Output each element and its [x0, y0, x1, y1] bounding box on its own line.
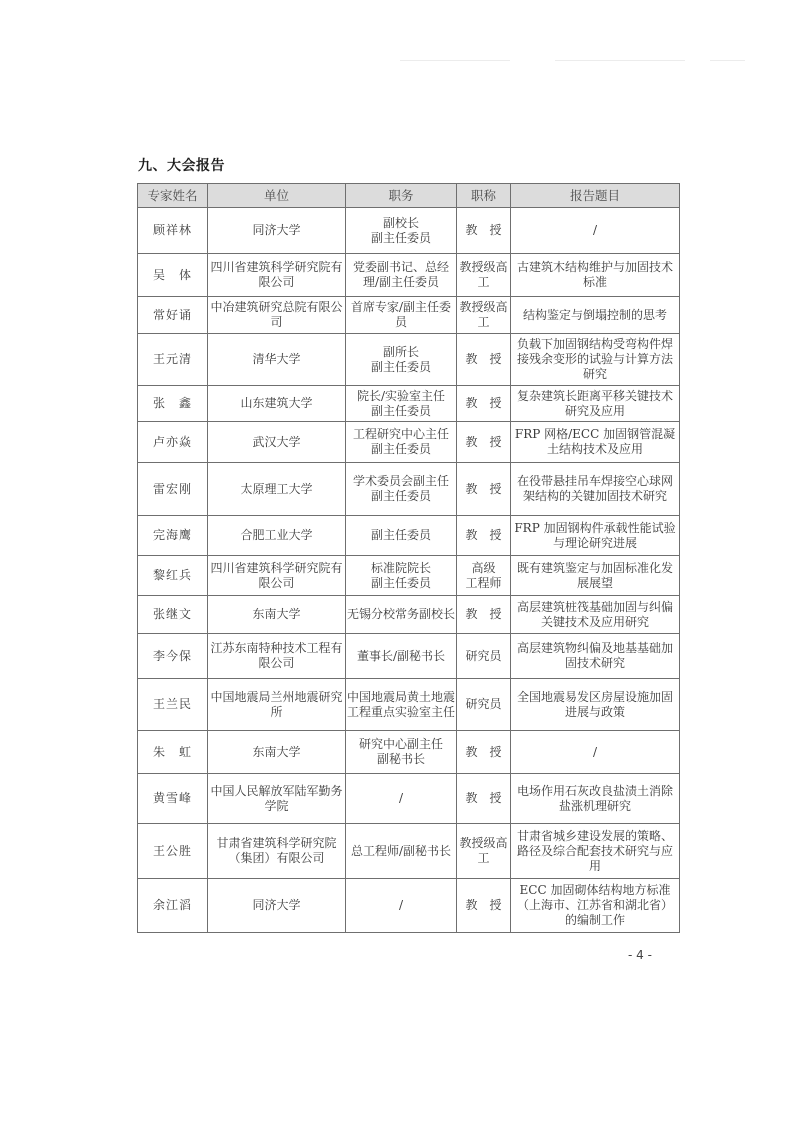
- unit-cell: 四川省建筑科学研究院有限公司: [208, 254, 346, 297]
- professional-title-cell: 教 授: [457, 596, 511, 634]
- position-cell: 标准院院长副主任委员: [346, 556, 457, 596]
- table-row: 李今保江苏东南特种技术工程有限公司董事长/副秘书长研究员高层建筑物纠偏及地基基础…: [138, 634, 680, 679]
- professional-title-cell: 研究员: [457, 679, 511, 731]
- professional-title-cell: 研究员: [457, 634, 511, 679]
- table-header-row: 专家姓名 单位 职务 职称 报告题目: [138, 184, 680, 208]
- expert-name-cell: 朱 虹: [138, 731, 208, 774]
- header-title: 职称: [457, 184, 511, 208]
- table-row: 吴 体四川省建筑科学研究院有限公司党委副书记、总经理/副主任委员教授级高工古建筑…: [138, 254, 680, 297]
- report-topic-cell: 全国地震易发区房屋设施加固进展与政策: [511, 679, 680, 731]
- expert-name-cell: 王兰民: [138, 679, 208, 731]
- unit-cell: 合肥工业大学: [208, 516, 346, 556]
- expert-name-cell: 常好诵: [138, 297, 208, 334]
- table-row: 王兰民中国地震局兰州地震研究所中国地震局黄土地震工程重点实验室主任研究员全国地震…: [138, 679, 680, 731]
- expert-name-cell: 张 鑫: [138, 386, 208, 422]
- expert-name-cell: 王元清: [138, 334, 208, 386]
- report-topic-cell: 高层建筑桩筏基础加固与纠偏关键技术及应用研究: [511, 596, 680, 634]
- table-row: 雷宏刚太原理工大学学术委员会副主任副主任委员教 授在役带悬挂吊车焊接空心球网架结…: [138, 463, 680, 516]
- professional-title-cell: 教 授: [457, 731, 511, 774]
- table-row: 朱 虹东南大学研究中心副主任副秘书长教 授/: [138, 731, 680, 774]
- table-row: 黎红兵四川省建筑科学研究院有限公司标准院院长副主任委员高级工程师既有建筑鉴定与加…: [138, 556, 680, 596]
- professional-title-cell: 教 授: [457, 774, 511, 824]
- unit-cell: 同济大学: [208, 208, 346, 254]
- position-cell: /: [346, 879, 457, 933]
- keynote-report-table: 专家姓名 单位 职务 职称 报告题目 顾祥林同济大学副校长副主任委员教 授/吴 …: [137, 183, 680, 933]
- table-row: 张 鑫山东建筑大学院长/实验室主任副主任委员教 授复杂建筑长距离平移关键技术研究…: [138, 386, 680, 422]
- report-topic-cell: 电场作用石灰改良盐渍土消除盐涨机理研究: [511, 774, 680, 824]
- position-cell: 中国地震局黄土地震工程重点实验室主任: [346, 679, 457, 731]
- table-row: 常好诵中冶建筑研究总院有限公司首席专家/副主任委员教授级高工结构鉴定与倒塌控制的…: [138, 297, 680, 334]
- expert-name-cell: 张继文: [138, 596, 208, 634]
- position-cell: 董事长/副秘书长: [346, 634, 457, 679]
- position-cell: 总工程师/副秘书长: [346, 824, 457, 879]
- expert-name-cell: 王公胜: [138, 824, 208, 879]
- position-cell: 院长/实验室主任副主任委员: [346, 386, 457, 422]
- professional-title-cell: 教 授: [457, 386, 511, 422]
- unit-cell: 东南大学: [208, 596, 346, 634]
- expert-name-cell: 吴 体: [138, 254, 208, 297]
- professional-title-cell: 教 授: [457, 334, 511, 386]
- unit-cell: 四川省建筑科学研究院有限公司: [208, 556, 346, 596]
- position-cell: 研究中心副主任副秘书长: [346, 731, 457, 774]
- header-unit: 单位: [208, 184, 346, 208]
- professional-title-cell: 教 授: [457, 516, 511, 556]
- expert-name-cell: 黄雪峰: [138, 774, 208, 824]
- unit-cell: 武汉大学: [208, 422, 346, 463]
- unit-cell: 甘肃省建筑科学研究院（集团）有限公司: [208, 824, 346, 879]
- professional-title-cell: 教授级高工: [457, 297, 511, 334]
- table-row: 王公胜甘肃省建筑科学研究院（集团）有限公司总工程师/副秘书长教授级高工甘肃省城乡…: [138, 824, 680, 879]
- header-position: 职务: [346, 184, 457, 208]
- unit-cell: 同济大学: [208, 879, 346, 933]
- table-body: 顾祥林同济大学副校长副主任委员教 授/吴 体四川省建筑科学研究院有限公司党委副书…: [138, 208, 680, 933]
- position-cell: /: [346, 774, 457, 824]
- report-topic-cell: FRP 加固钢构件承载性能试验与理论研究进展: [511, 516, 680, 556]
- report-topic-cell: ECC 加固砌体结构地方标准（上海市、江苏省和湖北省）的编制工作: [511, 879, 680, 933]
- report-topic-cell: 既有建筑鉴定与加固标准化发展展望: [511, 556, 680, 596]
- position-cell: 学术委员会副主任副主任委员: [346, 463, 457, 516]
- position-cell: 工程研究中心主任副主任委员: [346, 422, 457, 463]
- report-topic-cell: 复杂建筑长距离平移关键技术研究及应用: [511, 386, 680, 422]
- table-row: 顾祥林同济大学副校长副主任委员教 授/: [138, 208, 680, 254]
- report-topic-cell: 甘肃省城乡建设发展的策略、路径及综合配套技术研究与应用: [511, 824, 680, 879]
- expert-name-cell: 雷宏刚: [138, 463, 208, 516]
- scan-artifact-line: [400, 60, 510, 61]
- report-topic-cell: 在役带悬挂吊车焊接空心球网架结构的关键加固技术研究: [511, 463, 680, 516]
- position-cell: 副所长副主任委员: [346, 334, 457, 386]
- unit-cell: 中冶建筑研究总院有限公司: [208, 297, 346, 334]
- professional-title-cell: 教 授: [457, 422, 511, 463]
- expert-name-cell: 黎红兵: [138, 556, 208, 596]
- professional-title-cell: 高级工程师: [457, 556, 511, 596]
- report-topic-cell: 结构鉴定与倒塌控制的思考: [511, 297, 680, 334]
- scan-artifact-line: [710, 60, 745, 61]
- expert-name-cell: 卢亦焱: [138, 422, 208, 463]
- unit-cell: 江苏东南特种技术工程有限公司: [208, 634, 346, 679]
- professional-title-cell: 教授级高工: [457, 824, 511, 879]
- table-row: 张继文东南大学无锡分校常务副校长教 授高层建筑桩筏基础加固与纠偏关键技术及应用研…: [138, 596, 680, 634]
- position-cell: 首席专家/副主任委员: [346, 297, 457, 334]
- header-expert-name: 专家姓名: [138, 184, 208, 208]
- report-topic-cell: 古建筑木结构维护与加固技术标准: [511, 254, 680, 297]
- position-cell: 无锡分校常务副校长: [346, 596, 457, 634]
- report-topic-cell: 负载下加固钢结构受弯构件焊接残余变形的试验与计算方法研究: [511, 334, 680, 386]
- position-cell: 党委副书记、总经理/副主任委员: [346, 254, 457, 297]
- page-number: - 4 -: [628, 948, 652, 962]
- unit-cell: 中国人民解放军陆军勤务学院: [208, 774, 346, 824]
- section-title: 九、大会报告: [138, 155, 225, 175]
- table-row: 卢亦焱武汉大学工程研究中心主任副主任委员教 授FRP 网格/ECC 加固钢管混凝…: [138, 422, 680, 463]
- table-row: 余江滔同济大学/教 授ECC 加固砌体结构地方标准（上海市、江苏省和湖北省）的编…: [138, 879, 680, 933]
- table-row: 王元清清华大学副所长副主任委员教 授负载下加固钢结构受弯构件焊接残余变形的试验与…: [138, 334, 680, 386]
- report-topic-cell: /: [511, 208, 680, 254]
- professional-title-cell: 教 授: [457, 208, 511, 254]
- report-topic-cell: FRP 网格/ECC 加固钢管混凝土结构技术及应用: [511, 422, 680, 463]
- scan-artifact-line: [555, 60, 685, 61]
- expert-name-cell: 李今保: [138, 634, 208, 679]
- header-report-topic: 报告题目: [511, 184, 680, 208]
- professional-title-cell: 教 授: [457, 463, 511, 516]
- unit-cell: 山东建筑大学: [208, 386, 346, 422]
- expert-name-cell: 完海鹰: [138, 516, 208, 556]
- professional-title-cell: 教授级高工: [457, 254, 511, 297]
- report-topic-cell: 高层建筑物纠偏及地基基础加固技术研究: [511, 634, 680, 679]
- unit-cell: 东南大学: [208, 731, 346, 774]
- table-row: 黄雪峰中国人民解放军陆军勤务学院/教 授电场作用石灰改良盐渍土消除盐涨机理研究: [138, 774, 680, 824]
- position-cell: 副主任委员: [346, 516, 457, 556]
- position-cell: 副校长副主任委员: [346, 208, 457, 254]
- table-row: 完海鹰合肥工业大学副主任委员教 授FRP 加固钢构件承载性能试验与理论研究进展: [138, 516, 680, 556]
- unit-cell: 清华大学: [208, 334, 346, 386]
- report-topic-cell: /: [511, 731, 680, 774]
- professional-title-cell: 教 授: [457, 879, 511, 933]
- expert-name-cell: 余江滔: [138, 879, 208, 933]
- unit-cell: 太原理工大学: [208, 463, 346, 516]
- expert-name-cell: 顾祥林: [138, 208, 208, 254]
- unit-cell: 中国地震局兰州地震研究所: [208, 679, 346, 731]
